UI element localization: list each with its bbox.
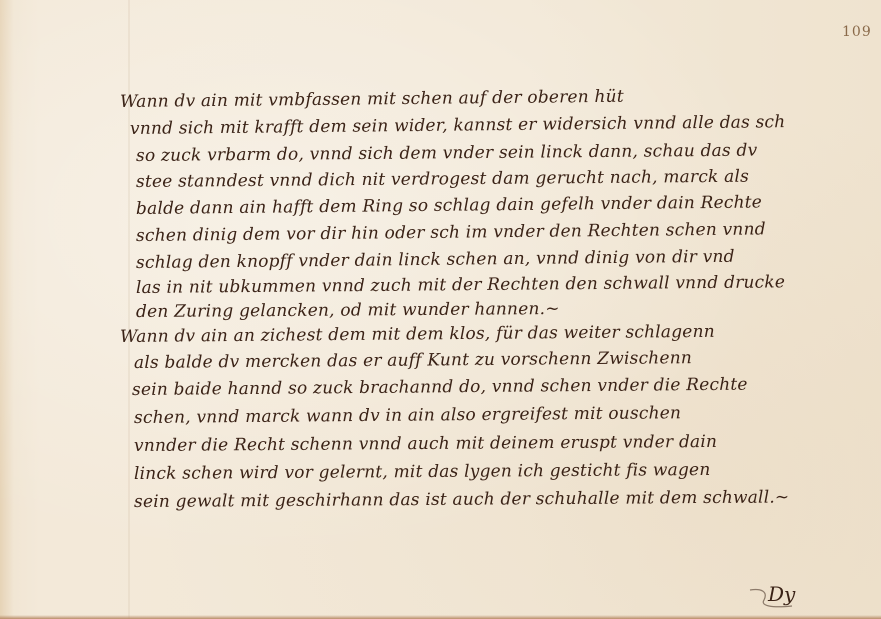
text-line-10: Wann dv ain an zichest dem mit dem klos,… (120, 322, 715, 347)
text-line-11: als balde dv mercken das er auff Kunt zu… (134, 348, 692, 373)
text-line-15: linck schen wird vor gelernt, mit das ly… (134, 460, 711, 484)
text-line-2: vnnd sich mit krafft dem sein wider, kan… (130, 112, 786, 139)
text-line-13: schen, vnnd marck wann dv in ain also er… (134, 403, 681, 428)
manuscript-text-block: Wann dv ain mit vmbfassen mit schen auf … (0, 0, 881, 619)
text-line-12: sein baide hannd so zuck brachannd do, v… (132, 375, 748, 400)
text-line-8: las in nit ubkummen vnnd zuch mit der Re… (136, 272, 785, 298)
text-line-5: balde dann ain hafft dem Ring so schlag … (136, 192, 762, 219)
text-line-1: Wann dv ain mit vmbfassen mit schen auf … (120, 87, 624, 112)
text-line-7: schlag den knopff vnder dain linck schen… (136, 247, 735, 273)
catchword: Dy (768, 582, 795, 606)
text-line-4: stee stanndest vnnd dich nit verdrogest … (136, 167, 749, 192)
manuscript-page: 109 Wann dv ain mit vmbfassen mit schen … (0, 0, 881, 619)
text-line-3: so zuck vrbarm do, vnnd sich dem vnder s… (136, 141, 758, 166)
text-line-16: sein gewalt mit geschirhann das ist auch… (134, 487, 789, 512)
text-line-6: schen dinig dem vor dir hin oder sch im … (136, 219, 766, 246)
text-line-14: vnnder die Recht schenn vnnd auch mit de… (134, 432, 717, 456)
text-line-9: den Zuring gelancken, od mit wunder hann… (136, 299, 560, 322)
